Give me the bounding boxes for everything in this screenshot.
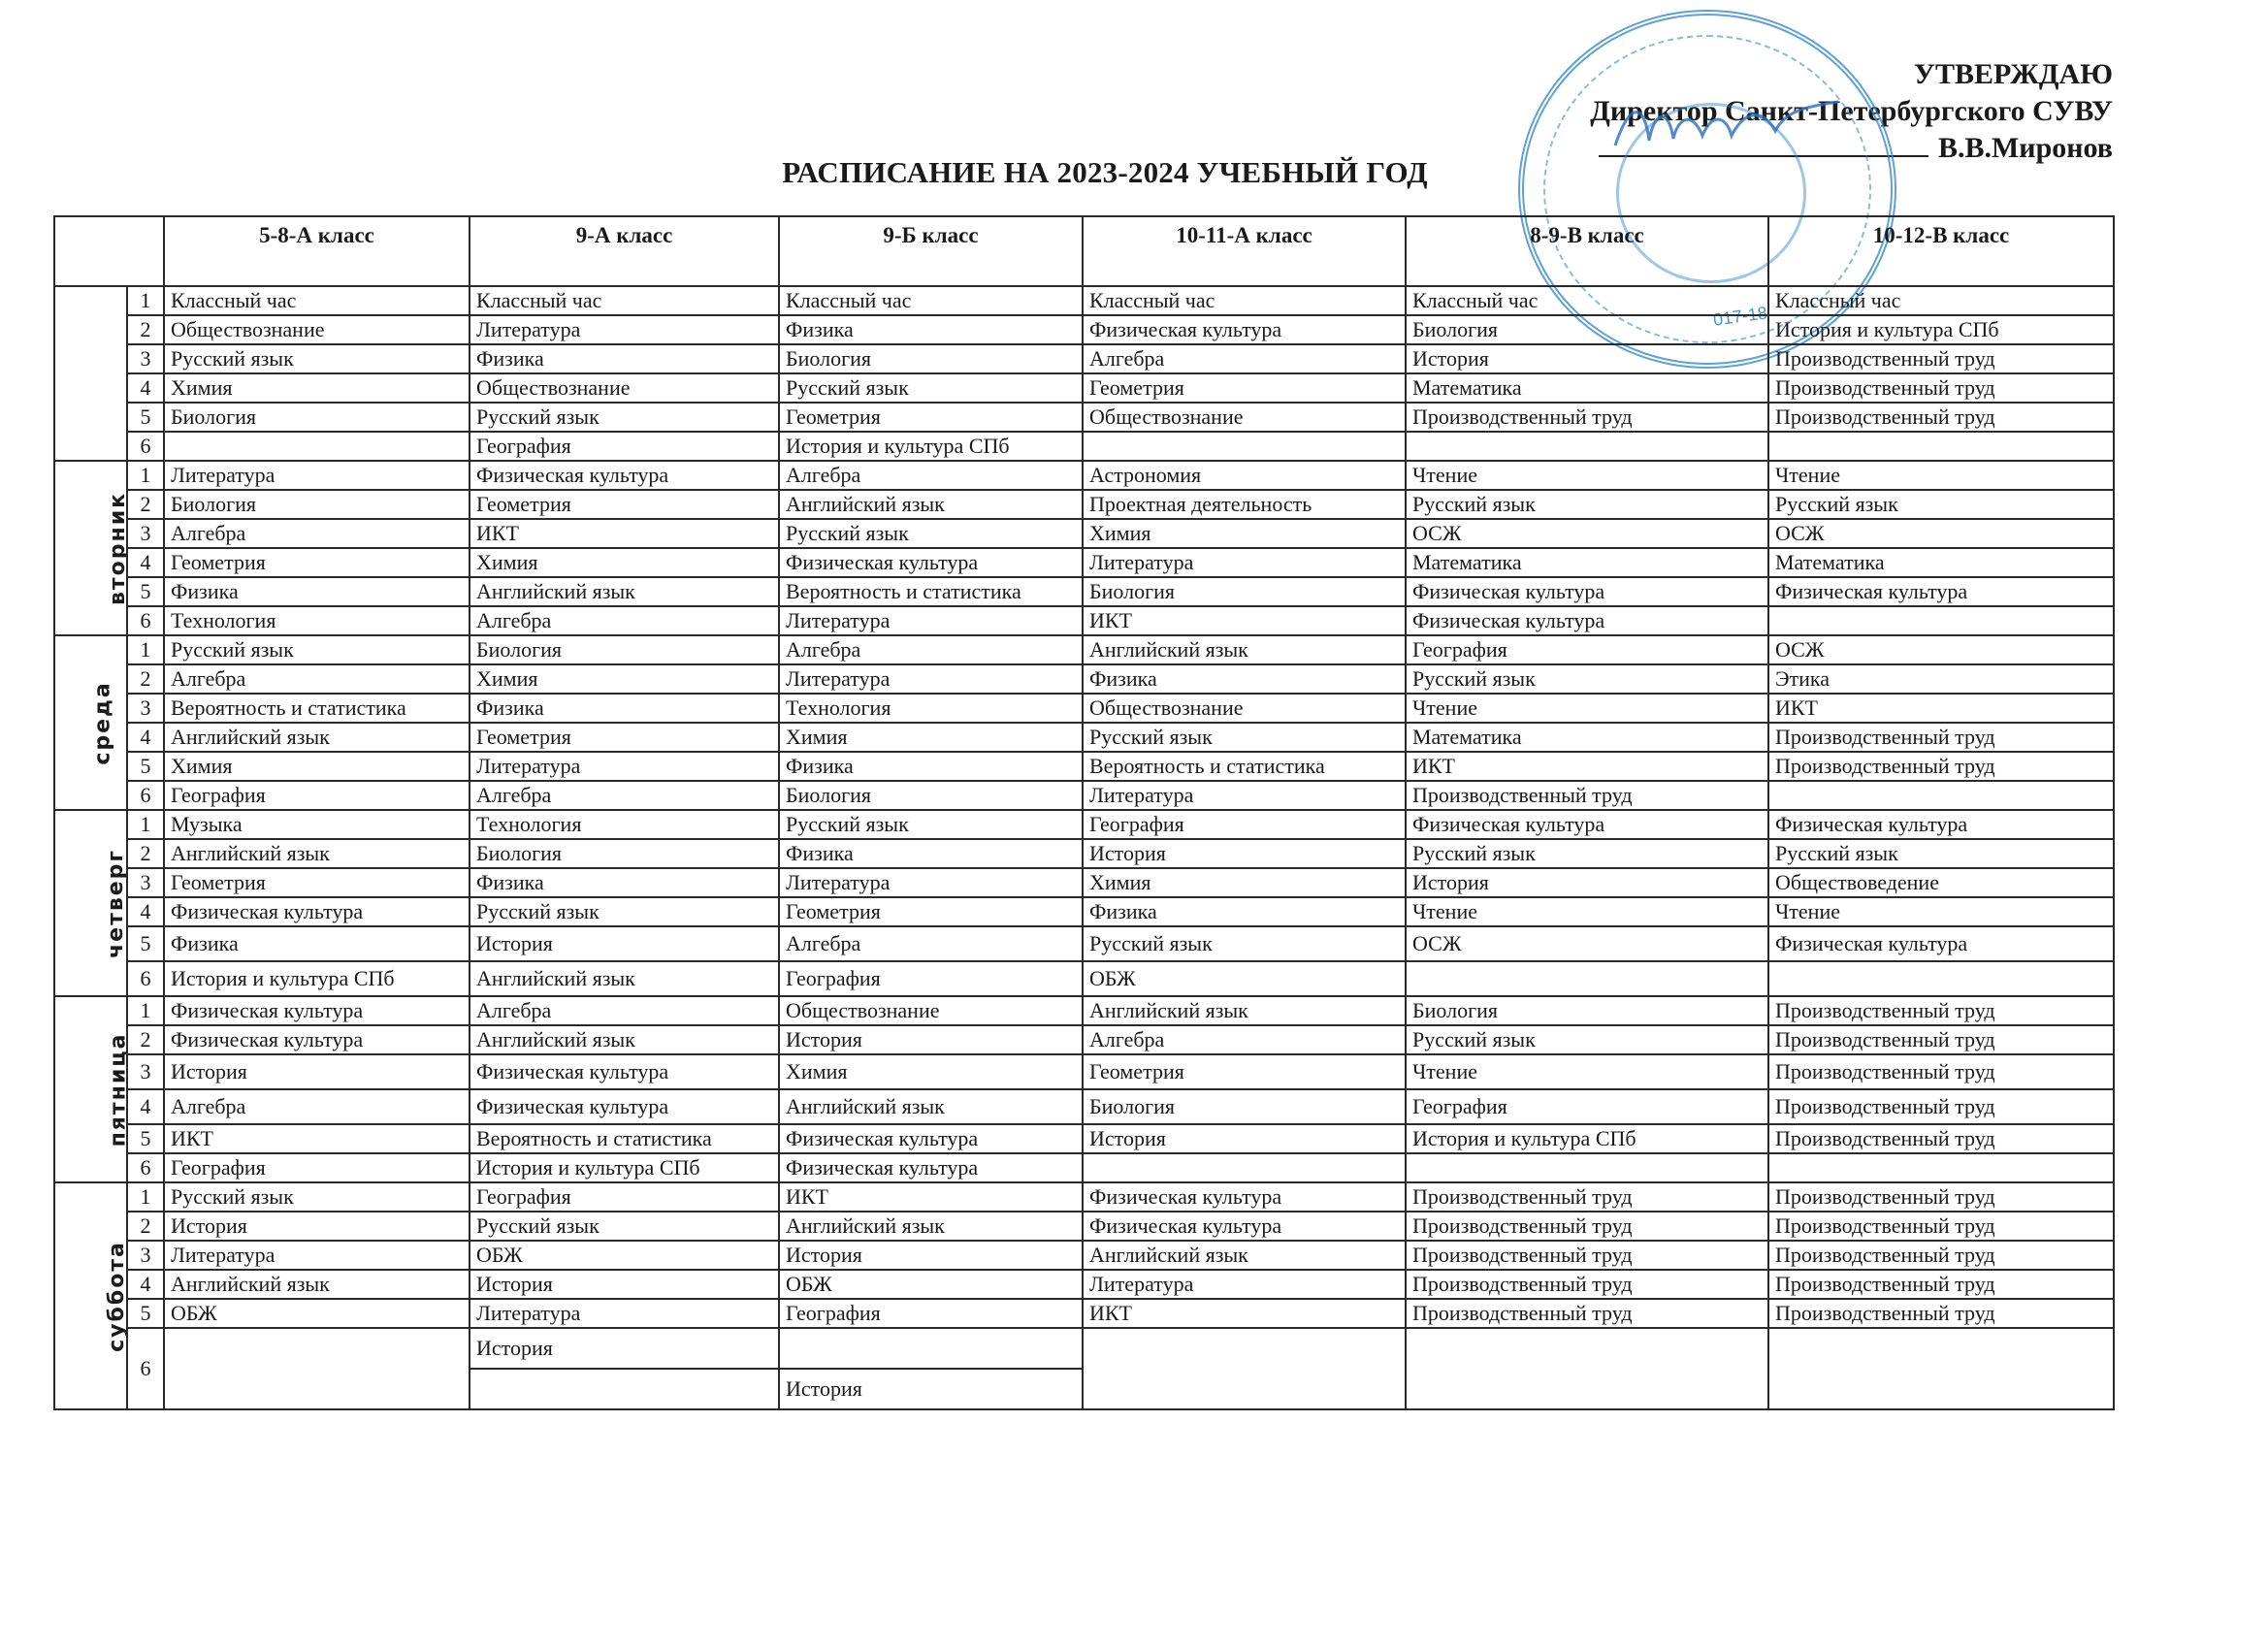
approval-block: УТВЕРЖДАЮ Директор Санкт-Петербургского … — [1590, 56, 2113, 167]
subject-cell: Химия — [779, 1054, 1083, 1089]
lesson-number: 5 — [127, 1299, 164, 1328]
subject-cell: Обществознание — [1083, 694, 1406, 723]
subject-cell: История — [470, 1328, 779, 1369]
subject-cell — [1083, 1328, 1406, 1409]
subject-cell: Геометрия — [164, 548, 470, 577]
subject-cell: Английский язык — [470, 1025, 779, 1054]
day-name: среда — [91, 681, 115, 764]
subject-cell — [1083, 432, 1406, 461]
subject-cell: Производственный труд — [1768, 723, 2114, 752]
subject-cell: Русский язык — [1406, 839, 1768, 868]
subject-cell: Биология — [470, 635, 779, 664]
subject-cell: Производственный труд — [1768, 1212, 2114, 1241]
subject-cell: История — [1083, 1124, 1406, 1153]
subject-cell: Обществоведение — [1768, 868, 2114, 897]
subject-cell — [470, 1369, 779, 1409]
lesson-row: 3Русский языкФизикаБиологияАлгебраИстори… — [54, 344, 2114, 373]
subject-cell — [164, 432, 470, 461]
lesson-number: 3 — [127, 694, 164, 723]
subject-cell: Технология — [779, 694, 1083, 723]
subject-cell: Алгебра — [164, 1089, 470, 1124]
subject-cell — [1406, 1153, 1768, 1182]
lesson-number: 6 — [127, 1153, 164, 1182]
subject-cell: Производственный труд — [1406, 1299, 1768, 1328]
subject-cell: Производственный труд — [1768, 752, 2114, 781]
lesson-number: 6 — [127, 432, 164, 461]
lesson-number: 3 — [127, 519, 164, 548]
subject-cell — [1768, 432, 2114, 461]
lesson-row: 5ФизикаИсторияАлгебраРусский языкОСЖФизи… — [54, 926, 2114, 961]
lesson-number: 5 — [127, 752, 164, 781]
lesson-row: среда1Русский языкБиологияАлгебраАнглийс… — [54, 635, 2114, 664]
subject-cell: Физика — [470, 868, 779, 897]
subject-cell: Геометрия — [779, 403, 1083, 432]
subject-cell: История и культура СПб — [1768, 315, 2114, 344]
subject-cell: Геометрия — [164, 868, 470, 897]
subject-cell: Физика — [164, 577, 470, 606]
subject-cell: Алгебра — [1083, 344, 1406, 373]
subject-cell: История и культура СПб — [164, 961, 470, 996]
subject-cell: Классный час — [1768, 286, 2114, 315]
subject-cell: Английский язык — [164, 839, 470, 868]
lesson-number: 1 — [127, 996, 164, 1025]
subject-cell: Физическая культура — [164, 1025, 470, 1054]
lesson-number: 5 — [127, 403, 164, 432]
subject-cell: Литература — [1083, 548, 1406, 577]
subject-cell: Алгебра — [470, 996, 779, 1025]
lesson-row: 4Английский языкГеометрияХимияРусский яз… — [54, 723, 2114, 752]
lesson-number: 6 — [127, 961, 164, 996]
lesson-row: 6ГеографияИстория и культура СПбФизическ… — [54, 1153, 2114, 1182]
subject-cell: Русский язык — [1406, 664, 1768, 694]
class-header: 9-Б класс — [779, 216, 1083, 286]
subject-cell: Вероятность и статистика — [470, 1124, 779, 1153]
subject-cell: Физическая культура — [1083, 315, 1406, 344]
subject-cell: Литература — [470, 315, 779, 344]
subject-cell: Русский язык — [1083, 723, 1406, 752]
lesson-row: 5БиологияРусский языкГеометрияОбществозн… — [54, 403, 2114, 432]
lesson-row: понедельник1Классный часКлассный часКлас… — [54, 286, 2114, 315]
subject-cell: География — [779, 961, 1083, 996]
subject-cell: Физика — [779, 839, 1083, 868]
subject-cell: Литература — [779, 664, 1083, 694]
lesson-number: 1 — [127, 810, 164, 839]
lesson-number: 1 — [127, 1182, 164, 1212]
subject-cell: Русский язык — [164, 344, 470, 373]
subject-cell: Музыка — [164, 810, 470, 839]
lesson-number: 3 — [127, 1241, 164, 1270]
subject-cell: Производственный труд — [1768, 1089, 2114, 1124]
subject-cell: ИКТ — [779, 1182, 1083, 1212]
subject-cell: Производственный труд — [1406, 781, 1768, 810]
subject-cell: ИКТ — [164, 1124, 470, 1153]
subject-cell: География — [470, 432, 779, 461]
subject-cell: Химия — [1083, 519, 1406, 548]
lesson-row: 5ОБЖЛитератураГеографияИКТПроизводственн… — [54, 1299, 2114, 1328]
subject-cell — [1406, 432, 1768, 461]
subject-cell: Физика — [470, 694, 779, 723]
subject-cell: Производственный труд — [1768, 1182, 2114, 1212]
lesson-number: 5 — [127, 1124, 164, 1153]
subject-cell: Вероятность и статистика — [779, 577, 1083, 606]
subject-cell: Физика — [470, 344, 779, 373]
subject-cell: Этика — [1768, 664, 2114, 694]
subject-cell: Литература — [779, 868, 1083, 897]
lesson-row: 6ГеографияАлгебраБиологияЛитератураПроиз… — [54, 781, 2114, 810]
lesson-row: 3АлгебраИКТРусский языкХимияОСЖОСЖ — [54, 519, 2114, 548]
subject-cell: ОБЖ — [164, 1299, 470, 1328]
lesson-number: 3 — [127, 868, 164, 897]
subject-cell: Русский язык — [779, 810, 1083, 839]
subject-cell: Английский язык — [1083, 1241, 1406, 1270]
subject-cell: Чтение — [1406, 1054, 1768, 1089]
subject-cell: ИКТ — [1083, 606, 1406, 635]
subject-cell: Алгебра — [1083, 1025, 1406, 1054]
lesson-number: 1 — [127, 635, 164, 664]
class-header: 5-8-А класс — [164, 216, 470, 286]
subject-cell: Производственный труд — [1768, 403, 2114, 432]
lesson-number: 6 — [127, 1328, 164, 1409]
subject-cell: География — [1406, 1089, 1768, 1124]
subject-cell: Биология — [1406, 996, 1768, 1025]
day-label: вторник — [54, 461, 127, 635]
subject-cell: Вероятность и статистика — [164, 694, 470, 723]
schedule-table: 5-8-А класс 9-А класс 9-Б класс 10-11-А … — [53, 215, 2115, 1410]
class-header: 8-9-В класс — [1406, 216, 1768, 286]
subject-cell: Химия — [1083, 868, 1406, 897]
subject-cell: Физика — [1083, 897, 1406, 926]
subject-cell — [779, 1328, 1083, 1369]
lesson-row: вторник1ЛитератураФизическая культураАлг… — [54, 461, 2114, 490]
subject-cell: Чтение — [1406, 461, 1768, 490]
lesson-number: 2 — [127, 839, 164, 868]
subject-cell: Классный час — [164, 286, 470, 315]
subject-cell: Физическая культура — [164, 996, 470, 1025]
lesson-row: 6История и культура СПбАнглийский языкГе… — [54, 961, 2114, 996]
lesson-row: 3Вероятность и статистикаФизикаТехнологи… — [54, 694, 2114, 723]
header-corner — [54, 216, 164, 286]
subject-cell: Русский язык — [1768, 490, 2114, 519]
subject-cell: Чтение — [1406, 897, 1768, 926]
lesson-number: 6 — [127, 606, 164, 635]
subject-cell: ОСЖ — [1406, 519, 1768, 548]
subject-cell: Астрономия — [1083, 461, 1406, 490]
subject-cell: Чтение — [1768, 897, 2114, 926]
lesson-number: 5 — [127, 926, 164, 961]
subject-cell: История — [164, 1212, 470, 1241]
subject-cell: Чтение — [1768, 461, 2114, 490]
subject-cell: Алгебра — [164, 519, 470, 548]
subject-cell: Литература — [470, 1299, 779, 1328]
subject-cell: История — [1083, 839, 1406, 868]
subject-cell: ОСЖ — [1406, 926, 1768, 961]
lesson-number: 4 — [127, 723, 164, 752]
lesson-row: 4Физическая культураРусский языкГеометри… — [54, 897, 2114, 926]
lesson-number: 2 — [127, 490, 164, 519]
approval-heading: УТВЕРЖДАЮ — [1590, 56, 2113, 93]
subject-cell — [1768, 606, 2114, 635]
subject-cell: Литература — [1083, 1270, 1406, 1299]
subject-cell: Классный час — [1406, 286, 1768, 315]
lesson-number: 2 — [127, 315, 164, 344]
subject-cell: Классный час — [1083, 286, 1406, 315]
subject-cell: Геометрия — [1083, 373, 1406, 403]
lesson-row: пятница1Физическая культураАлгебраОбщест… — [54, 996, 2114, 1025]
subject-cell: История — [779, 1025, 1083, 1054]
subject-cell: Английский язык — [470, 961, 779, 996]
subject-cell: Литература — [1083, 781, 1406, 810]
lesson-row: 5ИКТВероятность и статистикаФизическая к… — [54, 1124, 2114, 1153]
lesson-row: суббота1Русский языкГеографияИКТФизическ… — [54, 1182, 2114, 1212]
subject-cell: Физика — [779, 315, 1083, 344]
subject-cell: Производственный труд — [1768, 1241, 2114, 1270]
subject-cell — [1768, 781, 2114, 810]
subject-cell: Физическая культура — [1768, 577, 2114, 606]
day-label: четверг — [54, 810, 127, 996]
subject-cell: Физическая культура — [470, 461, 779, 490]
subject-cell: Английский язык — [1083, 635, 1406, 664]
lesson-number: 2 — [127, 1025, 164, 1054]
lesson-number: 3 — [127, 344, 164, 373]
subject-cell: Биология — [1406, 315, 1768, 344]
subject-cell: Производственный труд — [1406, 403, 1768, 432]
subject-cell: История и культура СПб — [779, 432, 1083, 461]
subject-cell: История и культура СПб — [1406, 1124, 1768, 1153]
subject-cell: Обществознание — [470, 373, 779, 403]
day-name: вторник — [106, 492, 127, 605]
subject-cell: Английский язык — [164, 723, 470, 752]
subject-cell — [1083, 1153, 1406, 1182]
subject-cell: География — [470, 1182, 779, 1212]
subject-cell: Обществознание — [779, 996, 1083, 1025]
lesson-row: 5ХимияЛитератураФизикаВероятность и стат… — [54, 752, 2114, 781]
subject-cell: Вероятность и статистика — [1083, 752, 1406, 781]
subject-cell: Литература — [164, 461, 470, 490]
subject-cell: ИКТ — [1406, 752, 1768, 781]
subject-cell: Алгебра — [164, 664, 470, 694]
subject-cell: Биология — [470, 839, 779, 868]
subject-cell: Английский язык — [164, 1270, 470, 1299]
lesson-row: 5ФизикаАнглийский языкВероятность и стат… — [54, 577, 2114, 606]
lesson-row: 2ОбществознаниеЛитератураФизикаФизическа… — [54, 315, 2114, 344]
subject-cell: Производственный труд — [1768, 996, 2114, 1025]
subject-cell: Русский язык — [164, 635, 470, 664]
subject-cell: География — [1083, 810, 1406, 839]
subject-cell: Русский язык — [1768, 839, 2114, 868]
lesson-number: 4 — [127, 548, 164, 577]
subject-cell — [1768, 1153, 2114, 1182]
class-header: 10-11-А класс — [1083, 216, 1406, 286]
subject-cell: Английский язык — [779, 1212, 1083, 1241]
subject-cell: Английский язык — [779, 1089, 1083, 1124]
subject-cell: Физическая культура — [1768, 810, 2114, 839]
lesson-row: 2Английский языкБиологияФизикаИсторияРус… — [54, 839, 2114, 868]
subject-cell: Физика — [1083, 664, 1406, 694]
day-name: четверг — [104, 849, 127, 958]
subject-cell: Химия — [470, 664, 779, 694]
lesson-row: 2Физическая культураАнглийский языкИстор… — [54, 1025, 2114, 1054]
lesson-row: 3ИсторияФизическая культураХимияГеометри… — [54, 1054, 2114, 1089]
subject-cell: История — [470, 1270, 779, 1299]
subject-cell: Биология — [779, 344, 1083, 373]
subject-cell: Литература — [779, 606, 1083, 635]
subject-cell: Английский язык — [470, 577, 779, 606]
subject-cell: Классный час — [470, 286, 779, 315]
subject-cell: История — [779, 1241, 1083, 1270]
lesson-number: 4 — [127, 1089, 164, 1124]
subject-cell — [1406, 1328, 1768, 1409]
subject-cell: ОБЖ — [1083, 961, 1406, 996]
header-row: 5-8-А класс 9-А класс 9-Б класс 10-11-А … — [54, 216, 2114, 286]
lesson-row: 6ГеографияИстория и культура СПб — [54, 432, 2114, 461]
subject-cell: Русский язык — [779, 373, 1083, 403]
subject-cell: Производственный труд — [1768, 1124, 2114, 1153]
subject-cell: Биология — [779, 781, 1083, 810]
subject-cell: География — [1406, 635, 1768, 664]
lesson-row: 3ГеометрияФизикаЛитератураХимияИсторияОб… — [54, 868, 2114, 897]
subject-cell: Физическая культура — [164, 897, 470, 926]
lesson-row: 4АлгебраФизическая культураАнглийский яз… — [54, 1089, 2114, 1124]
day-name: суббота — [105, 1241, 127, 1352]
subject-cell: История — [1406, 344, 1768, 373]
subject-cell: ИКТ — [470, 519, 779, 548]
schedule-body: понедельник1Классный часКлассный часКлас… — [54, 286, 2114, 1409]
subject-cell: Математика — [1406, 723, 1768, 752]
subject-cell: Физика — [164, 926, 470, 961]
day-name: пятница — [106, 1033, 127, 1148]
subject-cell: Производственный труд — [1768, 1270, 2114, 1299]
class-header: 9-А класс — [470, 216, 779, 286]
subject-cell: Литература — [164, 1241, 470, 1270]
day-label: пятница — [54, 996, 127, 1182]
subject-cell: Английский язык — [779, 490, 1083, 519]
subject-cell: География — [164, 1153, 470, 1182]
lesson-row: 4ГеометрияХимияФизическая культураЛитера… — [54, 548, 2114, 577]
lesson-row: 4ХимияОбществознаниеРусский языкГеометри… — [54, 373, 2114, 403]
subject-cell: Алгебра — [470, 781, 779, 810]
subject-cell: ОСЖ — [1768, 635, 2114, 664]
subject-cell: ИКТ — [1083, 1299, 1406, 1328]
subject-cell: Биология — [1083, 1089, 1406, 1124]
lesson-row: 2АлгебраХимияЛитератураФизикаРусский язы… — [54, 664, 2114, 694]
lesson-row: четверг1МузыкаТехнологияРусский языкГеог… — [54, 810, 2114, 839]
subject-cell: Физическая культура — [1768, 926, 2114, 961]
subject-cell: Химия — [164, 752, 470, 781]
subject-cell: География — [779, 1299, 1083, 1328]
subject-cell: История — [470, 926, 779, 961]
subject-cell: Физическая культура — [1083, 1182, 1406, 1212]
subject-cell: Производственный труд — [1406, 1182, 1768, 1212]
subject-cell: История и культура СПб — [470, 1153, 779, 1182]
subject-cell: Производственный труд — [1406, 1241, 1768, 1270]
subject-cell: Математика — [1406, 548, 1768, 577]
subject-cell: Химия — [164, 373, 470, 403]
subject-cell: Русский язык — [164, 1182, 470, 1212]
lesson-number: 2 — [127, 664, 164, 694]
subject-cell: Математика — [1406, 373, 1768, 403]
subject-cell — [164, 1328, 470, 1409]
subject-cell: Алгебра — [779, 926, 1083, 961]
subject-cell: Геометрия — [779, 897, 1083, 926]
subject-cell: Физическая культура — [779, 1153, 1083, 1182]
subject-cell — [1768, 1328, 2114, 1409]
subject-cell: Русский язык — [1406, 1025, 1768, 1054]
subject-cell: Производственный труд — [1768, 344, 2114, 373]
subject-cell: Химия — [779, 723, 1083, 752]
lesson-row: 2ИсторияРусский языкАнглийский языкФизич… — [54, 1212, 2114, 1241]
subject-cell: Физическая культура — [470, 1054, 779, 1089]
subject-cell: Биология — [164, 403, 470, 432]
subject-cell: Обществознание — [1083, 403, 1406, 432]
subject-cell: Производственный труд — [1768, 1299, 2114, 1328]
subject-cell: Физическая культура — [779, 1124, 1083, 1153]
subject-cell: ИКТ — [1768, 694, 2114, 723]
subject-cell — [1768, 961, 2114, 996]
subject-cell: ОБЖ — [470, 1241, 779, 1270]
subject-cell: Английский язык — [1083, 996, 1406, 1025]
subject-cell: Химия — [470, 548, 779, 577]
subject-cell: Физическая культура — [1406, 577, 1768, 606]
subject-cell: Геометрия — [470, 490, 779, 519]
subject-cell: Русский язык — [470, 897, 779, 926]
subject-cell: Русский язык — [1083, 926, 1406, 961]
subject-cell: Биология — [1083, 577, 1406, 606]
subject-cell: Производственный труд — [1406, 1270, 1768, 1299]
subject-cell: ОСЖ — [1768, 519, 2114, 548]
lesson-number: 6 — [127, 781, 164, 810]
day-label: понедельник — [54, 286, 127, 461]
subject-cell: Физика — [779, 752, 1083, 781]
subject-cell: Геометрия — [1083, 1054, 1406, 1089]
subject-cell: Биология — [164, 490, 470, 519]
subject-cell: История — [779, 1369, 1083, 1409]
lesson-row: 2БиологияГеометрияАнглийский языкПроектн… — [54, 490, 2114, 519]
subject-cell: Производственный труд — [1768, 1054, 2114, 1089]
subject-cell: Классный час — [779, 286, 1083, 315]
subject-cell: Производственный труд — [1768, 373, 2114, 403]
lesson-row: 3ЛитератураОБЖИсторияАнглийский языкПрои… — [54, 1241, 2114, 1270]
subject-cell: Русский язык — [1406, 490, 1768, 519]
subject-cell: Чтение — [1406, 694, 1768, 723]
lesson-number: 4 — [127, 373, 164, 403]
subject-cell: Русский язык — [779, 519, 1083, 548]
lesson-number: 5 — [127, 577, 164, 606]
lesson-number: 4 — [127, 1270, 164, 1299]
lesson-row: 4Английский языкИсторияОБЖЛитератураПрои… — [54, 1270, 2114, 1299]
subject-cell: Математика — [1768, 548, 2114, 577]
subject-cell: Алгебра — [470, 606, 779, 635]
subject-cell: Физическая культура — [1406, 606, 1768, 635]
subject-cell: Физическая культура — [1406, 810, 1768, 839]
subject-cell: История — [164, 1054, 470, 1089]
day-label: среда — [54, 635, 127, 810]
class-header: 10-12-В класс — [1768, 216, 2114, 286]
lesson-number: 1 — [127, 461, 164, 490]
lesson-number: 3 — [127, 1054, 164, 1089]
subject-cell: История — [1406, 868, 1768, 897]
lesson-row: 6История — [54, 1328, 2114, 1369]
lesson-number: 4 — [127, 897, 164, 926]
subject-cell: География — [164, 781, 470, 810]
page-title: РАСПИСАНИЕ НА 2023-2024 УЧЕБНЫЙ ГОД — [0, 155, 2268, 190]
day-label: суббота — [54, 1182, 127, 1409]
subject-cell: Обществознание — [164, 315, 470, 344]
subject-cell: Алгебра — [779, 635, 1083, 664]
lesson-number: 2 — [127, 1212, 164, 1241]
subject-cell: Литература — [470, 752, 779, 781]
subject-cell: Русский язык — [470, 1212, 779, 1241]
subject-cell: Технология — [164, 606, 470, 635]
